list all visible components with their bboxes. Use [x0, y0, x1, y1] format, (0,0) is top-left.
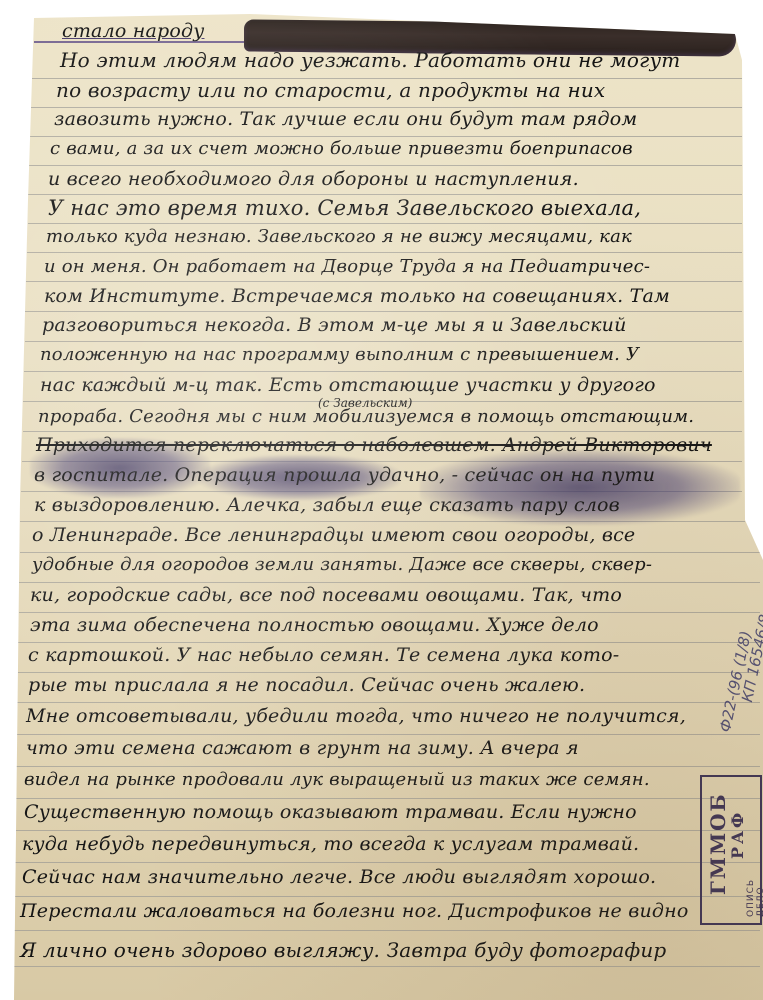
letter-line: Существенную помощь оказывают трамваи. Е…	[24, 803, 637, 822]
letter-line: разговориться некогда. В этом м-це мы я …	[42, 316, 627, 335]
letter-line: Перестали жаловаться на болезни ног. Дис…	[20, 902, 689, 921]
ruled-line	[19, 612, 760, 613]
letter-line: только куда незнаю. Завельского я не виж…	[46, 228, 632, 246]
letter-line: эта зима обеспечена полностью овощами. Х…	[30, 616, 599, 635]
ruled-line	[17, 734, 760, 735]
ruled-line	[14, 966, 760, 967]
ruled-line	[19, 582, 760, 583]
ruled-line	[14, 930, 760, 931]
letter-line: с вами, а за их счет можно больше привез…	[50, 140, 633, 158]
letter-line: о Ленинграде. Все ленинградцы имеют свои…	[32, 526, 635, 545]
letter-line: куда небудь передвинуться, то всегда к у…	[22, 835, 639, 854]
ruled-line	[20, 552, 760, 553]
ruled-line	[16, 798, 760, 799]
letter-line: Я лично очень здорово выгляжу. Завтра бу…	[20, 940, 666, 960]
ruled-line	[27, 252, 742, 253]
letter-line: что эти семена сажают в грунт на зиму. А…	[26, 739, 579, 758]
stamp-sub-text: РАФ	[728, 810, 747, 859]
ruled-line	[18, 672, 760, 673]
letter-line: Сейчас нам значительно легче. Все люди в…	[22, 868, 656, 887]
letter-line: ки, городские сады, все под посевами ово…	[30, 586, 622, 605]
ruled-line	[28, 194, 742, 195]
document-page: стало народу Но этим людям надо уезжать.…	[0, 0, 763, 1000]
letter-line: и всего необходимого для обороны и насту…	[48, 170, 579, 189]
letter-line: положенную на нас программу выполним с п…	[40, 346, 639, 364]
letter-line: в госпитале. Операция прошла удачно, - с…	[34, 466, 655, 485]
ruled-line	[23, 431, 742, 432]
letter-line: нас каждый м-ц так. Есть отстающие участ…	[40, 376, 656, 395]
ruled-line	[26, 281, 742, 282]
ruled-line	[15, 896, 760, 897]
ruled-line	[25, 311, 742, 312]
letter-line: к выздоровлению. Алечка, забыл еще сказа…	[34, 496, 620, 515]
ruled-line	[28, 223, 742, 224]
letter-line: У нас это время тихо. Семья Завельского …	[48, 198, 641, 219]
ruled-line	[16, 766, 760, 767]
letter-line: с картошкой. У нас небыло семян. Те семе…	[28, 646, 619, 665]
ruled-line	[18, 642, 760, 643]
ruled-line	[30, 136, 742, 137]
ruled-line	[15, 862, 760, 863]
letter-paper: стало народу Но этим людям надо уезжать.…	[0, 0, 763, 1000]
stamp-main-text: ГММОБ	[706, 792, 730, 895]
letter-line: прораба. Сегодня мы с ним мобилизуемся в…	[38, 408, 694, 426]
letter-line-struck: Приходится переключаться о наболевшем. А…	[36, 436, 712, 455]
ruled-line	[24, 371, 742, 372]
letter-line: удобные для огородов земли заняты. Даже …	[32, 556, 652, 574]
stamp-label-opis: ОПИСЬ	[746, 879, 756, 917]
ruled-line	[29, 165, 742, 166]
letter-line: ком Институте. Встречаемся только на сов…	[44, 287, 670, 306]
ruled-line	[25, 341, 742, 342]
letter-line: рые ты прислала я не посадил. Сейчас оче…	[28, 676, 585, 695]
letter-line: и он меня. Он работает на Дворце Труда я…	[44, 258, 650, 276]
letter-line: Но этим людям надо уезжать. Работать они…	[60, 50, 680, 70]
letter-line: стало народу	[62, 22, 204, 41]
ruled-line	[17, 702, 760, 703]
stamp-label-delo: ДЕЛО	[756, 886, 763, 917]
letter-line: видел на рынке продовали лук выращеный и…	[24, 771, 650, 789]
ruled-line	[15, 830, 760, 831]
letter-line: Мне отсоветывали, убедили тогда, что нич…	[26, 707, 686, 726]
letter-line: по возрасту или по старости, а продукты …	[56, 80, 605, 100]
letter-line: завозить нужно. Так лучше если они будут…	[54, 110, 637, 129]
archival-stamp: ГММОБ РАФ ОПИСЬ ДЕЛО	[700, 775, 762, 925]
